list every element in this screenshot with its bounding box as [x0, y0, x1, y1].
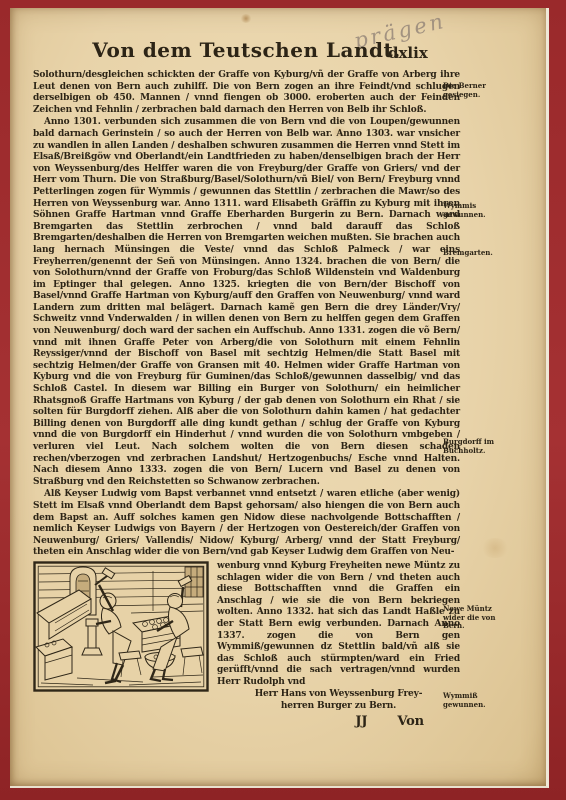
quire-signature: JJ: [355, 716, 367, 728]
signature-line: JJ Von: [33, 716, 460, 728]
minting-woodcut-illustration: [33, 561, 209, 692]
margin-note-bremgarten: Bremgarten.: [443, 249, 515, 258]
paper-stain: [240, 14, 252, 23]
paragraph-3-beside: wenburg vnnd Kyburg Freyheiten newe Münt…: [217, 561, 460, 689]
scanned-book-page-view: { "handwriting": "prägen", "header": { "…: [0, 0, 566, 800]
catchword: Von: [397, 716, 424, 728]
margin-note-wymmis-gewunnen: Wymmis gewunnen.: [443, 202, 515, 219]
paragraph-3-intro: Alß Keyser Ludwig vom Bapst verbannet vn…: [33, 489, 460, 559]
margin-note-newe-muentz: Newe Müntz wider die von Bern.: [443, 605, 515, 631]
paragraph-2: Anno 1301. verbunden sich zusammen die v…: [33, 117, 460, 488]
woodcut-text-row: wenburg vnnd Kyburg Freyheiten newe Münt…: [33, 561, 460, 713]
margin-note-burgdorff: Burgdorff im Buchholtz.: [443, 438, 515, 455]
book-page: prägen Von dem Teutschen Landt. dxlix So…: [10, 8, 549, 788]
paragraph-3-tail-line1: Herr Hans von Weyssenburg Frey-: [217, 689, 460, 701]
paragraph-3-tail-line2: herren Burger zu Bern.: [217, 701, 460, 713]
margin-note-wymmiss-gewunnen: Wymmiß gewunnen.: [443, 692, 515, 709]
paper-stain: [480, 538, 510, 558]
margin-note-berner-gesiegen: Die Berner gesiegen.: [443, 82, 515, 99]
main-text-column: Solothurn/desgleichen schickten der Graf…: [33, 70, 460, 727]
paragraph-1: Solothurn/desgleichen schickten der Graf…: [33, 70, 460, 116]
text-beside-woodcut: wenburg vnnd Kyburg Freyheiten newe Münt…: [217, 561, 460, 713]
folio-number: dxlix: [388, 44, 428, 62]
